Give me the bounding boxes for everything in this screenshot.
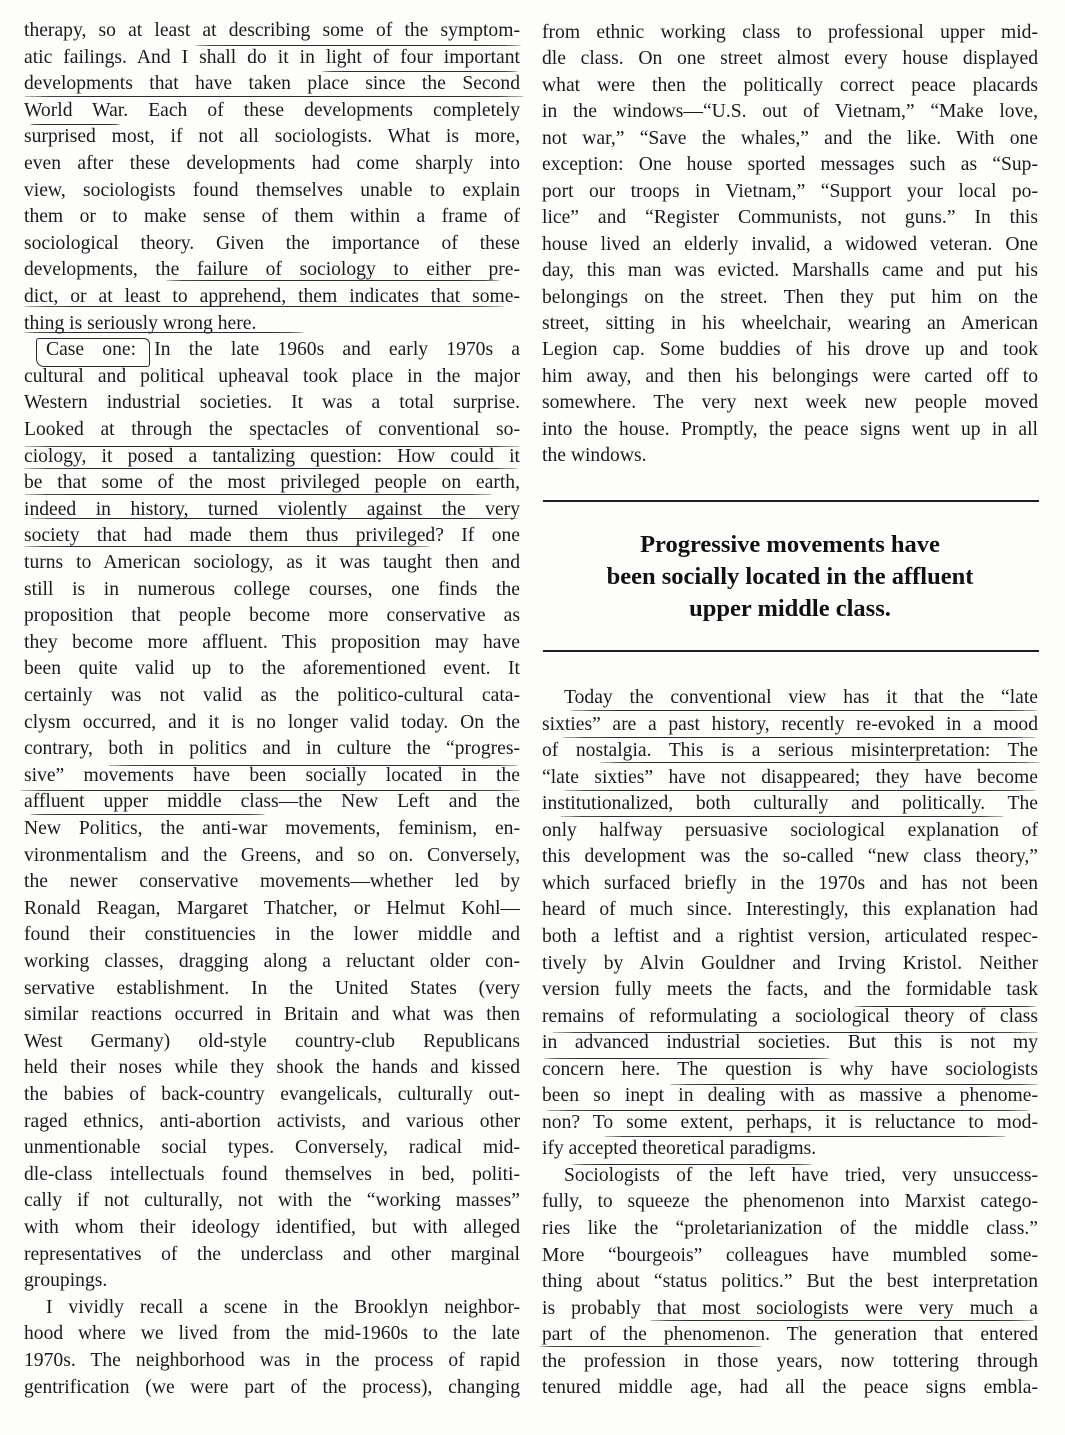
text-line: proposition that people become more cons…: [24, 603, 520, 629]
underline-mark: [24, 306, 504, 307]
text-line: Today the conventional view has it that …: [542, 685, 1038, 711]
underline-mark: [24, 446, 520, 447]
text-line: cally if not culturally, not with the “w…: [24, 1188, 520, 1214]
text-line: held their noses while they shook the ha…: [24, 1055, 520, 1081]
underline-mark: [30, 814, 265, 815]
text-line: the babies of back-country evangelicals,…: [24, 1082, 520, 1108]
text-line: in the windows—“U.S. out of Vietnam,” “M…: [542, 99, 1038, 125]
text-line: only halfway persuasive sociological exp…: [542, 818, 1038, 844]
text-line: them or to make sense of them within a f…: [24, 204, 520, 230]
text-line: West Germany) old-style country-club Rep…: [24, 1029, 520, 1055]
underline-mark: [564, 790, 1036, 791]
text-line: contrary, both in politics and in cultur…: [24, 736, 520, 762]
text-line: developments that have taken place since…: [24, 71, 520, 97]
text-line: servative establishment. In the United S…: [24, 976, 520, 1002]
text-line: ciology, it posed a tantalizing question…: [24, 444, 520, 470]
text-line: concern here. The question is why have s…: [542, 1057, 1038, 1083]
text-line: institutionalized, both culturally and p…: [542, 791, 1038, 817]
text-line: Western industrial societies. It was a t…: [24, 390, 520, 416]
text-line: from ethnic working class to professiona…: [542, 20, 1038, 46]
underline-mark: [24, 494, 492, 495]
text-line: unmentionable social types. Conversely, …: [24, 1135, 520, 1161]
text-line: sociological theory. Given the importanc…: [24, 231, 520, 257]
text-line: port our troops in Vietnam,” “Support yo…: [542, 179, 1038, 205]
pull-quote-line: Progressive movements have: [542, 529, 1038, 561]
text-line: of nostalgia. This is a serious misinter…: [542, 738, 1038, 764]
text-line: I vividly recall a scene in the Brooklyn…: [24, 1295, 520, 1321]
text-line: be that some of the most privileged peop…: [24, 470, 520, 496]
text-line: into the house. Promptly, the peace sign…: [542, 417, 1038, 443]
underline-mark: [166, 280, 500, 281]
text-line: tenured middle age, had all the peace si…: [542, 1375, 1038, 1401]
text-line: World War. Each of these developments co…: [24, 98, 520, 124]
text-line: is probably that most sociologists were …: [542, 1296, 1038, 1322]
text-line: in advanced industrial societies. But th…: [542, 1030, 1038, 1056]
text-line: been quite valid up to the aforementione…: [24, 656, 520, 682]
underline-mark: [670, 1084, 1038, 1085]
underline-mark: [30, 518, 518, 519]
text-line: sixties” are a past history, recently re…: [542, 712, 1038, 738]
text-line: lice” and “Register Communists, not guns…: [542, 205, 1038, 231]
text-line: Legion cap. Some buddies of his drove up…: [542, 337, 1038, 363]
text-line: New Politics, the anti-war movements, fe…: [24, 816, 520, 842]
text-line: non? To some extent, perhaps, it is relu…: [542, 1110, 1038, 1136]
underline-mark: [24, 332, 304, 333]
text-line: thing about “status politics.” But the b…: [542, 1269, 1038, 1295]
text-line: found their constituencies in the lower …: [24, 922, 520, 948]
text-line: Looked at through the spectacles of conv…: [24, 417, 520, 443]
underline-mark: [600, 762, 1040, 763]
text-line: the profession in those years, now totte…: [542, 1349, 1038, 1375]
underline-mark: [20, 790, 520, 791]
text-line: even after these developments had come s…: [24, 151, 520, 177]
text-line: heard of much since. Interestingly, this…: [542, 897, 1038, 923]
text-line: with whom their ideology identified, but…: [24, 1215, 520, 1241]
text-line: sive” movements have been socially locat…: [24, 763, 520, 789]
underline-mark: [540, 1346, 762, 1347]
text-line: therapy, so at least at describing some …: [24, 18, 520, 44]
text-line: him away, and then his belongings were c…: [542, 364, 1038, 390]
text-line: both a leftist and a rightist version, a…: [542, 924, 1038, 950]
text-line: atic failings. And I shall do it in ligh…: [24, 45, 520, 71]
text-line: similar reactions occurred in Britain an…: [24, 1002, 520, 1028]
text-line: “late sixties” have not disappeared; the…: [542, 765, 1038, 791]
text-line: surprised most, if not all sociologists.…: [24, 124, 520, 150]
text-line: vironmentalism and the Greens, and so on…: [24, 843, 520, 869]
text-line: part of the phenomenon. The generation t…: [542, 1322, 1038, 1348]
underline-mark: [604, 1136, 1006, 1137]
text-line: Ronald Reagan, Margaret Thatcher, or Hel…: [24, 896, 520, 922]
text-line: view, sociologists found themselves unab…: [24, 178, 520, 204]
underline-mark: [108, 765, 518, 766]
text-line: remains of reformulating a sociological …: [542, 1004, 1038, 1030]
underline-mark: [546, 1110, 1030, 1111]
text-line: what were then the politically correct p…: [542, 73, 1038, 99]
text-line: working classes, dragging along a reluct…: [24, 949, 520, 975]
text-line: day, this man was evicted. Marshalls cam…: [542, 258, 1038, 284]
text-line: ries like the “proletarianization of the…: [542, 1216, 1038, 1242]
underline-mark: [560, 816, 1004, 817]
text-line: raged ethnics, anti-abortion activists, …: [24, 1109, 520, 1135]
text-line: gentrification (we were part of the proc…: [24, 1375, 520, 1401]
text-line: still is in numerous college courses, on…: [24, 577, 520, 603]
text-line: certainly was not valid as the politico-…: [24, 683, 520, 709]
text-line: this development was the so-called “new …: [542, 844, 1038, 870]
text-line: the newer conservative movements—whether…: [24, 869, 520, 895]
text-line: cultural and political upheaval took pla…: [24, 364, 520, 390]
text-line: the windows.: [542, 443, 1038, 469]
underline-mark: [24, 96, 524, 97]
text-line: not war,” “Save the whales,” and the lik…: [542, 126, 1038, 152]
underline-mark: [24, 468, 518, 469]
pull-quote: Progressive movements have been socially…: [542, 529, 1038, 625]
underline-mark: [572, 1164, 812, 1165]
text-line: clysm occurred, and it is no longer vali…: [24, 710, 520, 736]
text-line: groupings.: [24, 1268, 520, 1294]
text-line: Sociologists of the left have tried, ver…: [542, 1163, 1038, 1189]
text-line: affluent upper middle class—the New Left…: [24, 789, 520, 815]
pull-quote-bottom-rule: [543, 650, 1039, 652]
text-line: tively by Alvin Gouldner and Irving Kris…: [542, 951, 1038, 977]
case-one-box-annotation: [36, 338, 150, 367]
text-line: which surfaced briefly in the 1970s and …: [542, 871, 1038, 897]
underline-mark: [562, 737, 1036, 738]
underline-mark: [570, 710, 1038, 711]
text-line: somewhere. The very next week new people…: [542, 390, 1038, 416]
text-line: hood where we lived from the mid-1960s t…: [24, 1321, 520, 1347]
underline-mark: [854, 1006, 1036, 1007]
text-line: exception: One house sported messages su…: [542, 152, 1038, 178]
pull-quote-line: upper middle class.: [542, 593, 1038, 625]
text-line: dle-class intellectuals found themselves…: [24, 1162, 520, 1188]
text-line: representatives of the underclass and ot…: [24, 1242, 520, 1268]
underline-mark: [650, 1320, 1034, 1321]
text-line: dle class. On one street almost every ho…: [542, 46, 1038, 72]
text-line: More “bourgeois” colleagues have mumbled…: [542, 1243, 1038, 1269]
text-line: street, sitting in his wheelchair, weari…: [542, 311, 1038, 337]
text-line: belongings on the street. Then they put …: [542, 285, 1038, 311]
text-line: turns to American sociology, as it was t…: [24, 550, 520, 576]
underline-mark: [24, 546, 430, 547]
underline-mark: [322, 71, 518, 72]
text-line: been so inept in dealing with as massive…: [542, 1083, 1038, 1109]
underline-mark: [544, 1058, 830, 1059]
pull-quote-top-rule: [543, 500, 1039, 502]
text-line: 1970s. The neighborhood was in the proce…: [24, 1348, 520, 1374]
underline-mark: [30, 124, 120, 125]
pull-quote-line: been socially located in the affluent: [542, 561, 1038, 593]
text-line: version fully meets the facts, and the f…: [542, 977, 1038, 1003]
text-line: fully, to squeeze the phenomenon into Ma…: [542, 1189, 1038, 1215]
text-line: house lived an elderly invalid, a widowe…: [542, 232, 1038, 258]
underline-mark: [552, 1032, 1038, 1033]
text-line: ify accepted theoretical paradigms.: [542, 1136, 1038, 1162]
text-line: they become more affluent. This proposit…: [24, 630, 520, 656]
underline-mark: [195, 45, 521, 46]
